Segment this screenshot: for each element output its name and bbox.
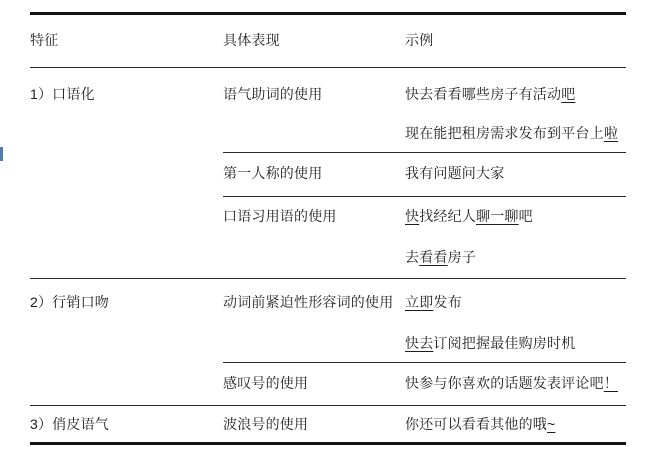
feature-cell: 3）俏皮语气 (30, 414, 109, 434)
example-line: 我有问题问大家 (405, 163, 504, 183)
underlined-text-segment: 啦 (604, 125, 618, 141)
behavior-cell: 第一人称的使用 (223, 163, 322, 183)
underlined-text-segment: 快去 (405, 335, 433, 351)
subrow-divider-2 (223, 196, 626, 197)
underlined-text-segment: ~ (547, 416, 555, 432)
underlined-text-segment: 吧 (561, 86, 575, 102)
behavior-cell: 感叹号的使用 (223, 373, 308, 393)
table-bottom-border (30, 442, 626, 445)
text-segment: 订阅把握最佳购房时机 (433, 335, 575, 351)
page-edge-mark (0, 147, 3, 161)
example-line: 快参与你喜欢的话题发表评论吧！ (405, 373, 618, 393)
feature-cell: 2）行销口吻 (30, 292, 109, 312)
group-divider-1 (30, 278, 626, 279)
behavior-cell: 语气助词的使用 (223, 84, 322, 104)
column-header-behavior: 具体表现 (223, 30, 280, 50)
text-segment: 快去看看哪些房子有活动 (405, 86, 561, 102)
document-page: 特征 具体表现 示例 1）口语化 语气助词的使用 快去看看哪些房子有活动吧 现在… (0, 0, 656, 457)
column-header-example: 示例 (405, 30, 433, 50)
text-segment: 现在能把租房需求发布到平台上 (405, 125, 604, 141)
behavior-cell: 口语习用语的使用 (223, 206, 337, 226)
feature-cell: 1）口语化 (30, 84, 95, 104)
header-divider (30, 67, 626, 68)
example-line: 快去订阅把握最佳购房时机 (405, 333, 575, 353)
underlined-text-segment: ！ (604, 375, 618, 391)
text-segment: 快参与你喜欢的话题发表评论吧 (405, 375, 604, 391)
example-line: 现在能把租房需求发布到平台上啦 (405, 123, 618, 143)
underlined-text-segment: 看看 (419, 249, 447, 265)
underlined-text-segment: 快 (405, 208, 419, 224)
example-line: 去看看房子 (405, 247, 476, 267)
text-segment: 你还可以看看其他的哦 (405, 416, 547, 432)
text-segment: 去 (405, 249, 419, 265)
text-segment: 房子 (448, 249, 476, 265)
example-line: 你还可以看看其他的哦~ (405, 414, 555, 434)
column-header-feature: 特征 (30, 30, 58, 50)
example-line: 快找经纪人聊一聊吧 (405, 206, 533, 226)
text-segment: 发布 (433, 294, 461, 310)
text-segment: 我有问题问大家 (405, 165, 504, 181)
underlined-text-segment: 立即 (405, 294, 433, 310)
text-segment: 吧 (519, 208, 533, 224)
example-line: 立即发布 (405, 292, 462, 312)
underlined-text-segment: 聊一聊 (476, 208, 519, 224)
behavior-cell: 动词前紧迫性形容词的使用 (223, 292, 393, 312)
subrow-divider-3 (223, 362, 626, 363)
behavior-cell: 波浪号的使用 (223, 414, 308, 434)
table-top-border (30, 12, 626, 15)
example-line: 快去看看哪些房子有活动吧 (405, 84, 575, 104)
text-segment: 找经纪人 (419, 208, 476, 224)
subrow-divider-1 (223, 152, 626, 153)
group-divider-2 (30, 405, 626, 406)
